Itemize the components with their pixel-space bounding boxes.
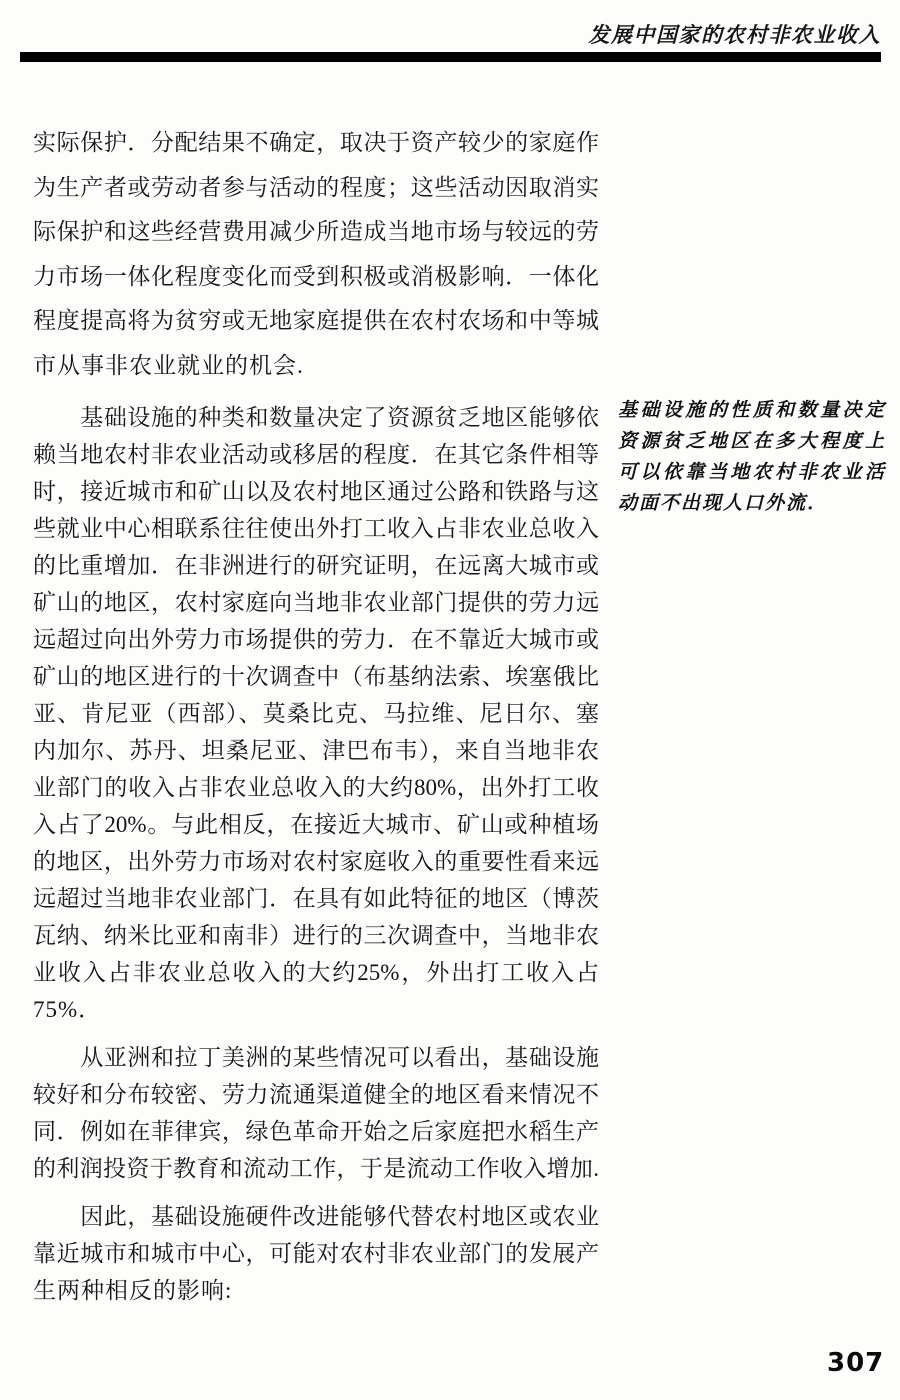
paragraph: 因此，基础设施硬件改进能够代替农村地区或农业靠近城市和城市中心，可能对农村非农业… — [33, 1198, 599, 1309]
text-line: 市从事非农业就业的机会. — [33, 344, 599, 389]
paragraph: 基础设施的种类和数量决定了资源贫乏地区能够依赖当地农村非农业活动或移居的程度．在… — [33, 399, 599, 1028]
paragraph: 从亚洲和拉丁美洲的某些情况可以看出，基础设施较好和分布较密、劳力流通渠道健全的地… — [33, 1039, 599, 1187]
text-line: 际保护和这些经营费用减少所造成当地市场与较远的劳 — [33, 210, 599, 255]
text-line: 75%． — [33, 991, 599, 1028]
text-line: 同．例如在菲律宾，绿色革命开始之后家庭把水稻生产 — [33, 1113, 599, 1150]
text-line: 时，接近城市和矿山以及农村地区通过公路和铁路与这 — [33, 473, 599, 510]
text-line: 远超过当地非农业部门．在具有如此特征的地区（博茨 — [33, 880, 599, 917]
page-number: 307 — [827, 1348, 884, 1378]
header-rule — [20, 52, 881, 62]
text-line: 资源贫乏地区在多大程度上 — [618, 426, 884, 457]
text-line: 矿山的地区，农村家庭向当地非农业部门提供的劳力远 — [33, 584, 599, 621]
body-column: 实际保护．分配结果不确定，取决于资产较少的家庭作为生产者或劳动者参与活动的程度；… — [33, 121, 599, 1309]
paragraph: 实际保护．分配结果不确定，取决于资产较少的家庭作为生产者或劳动者参与活动的程度；… — [33, 121, 599, 388]
text-line: 的地区，出外劳力市场对农村家庭收入的重要性看来远 — [33, 843, 599, 880]
text-line: 为生产者或劳动者参与活动的程度；这些活动因取消实 — [33, 166, 599, 211]
text-line: 基础设施的种类和数量决定了资源贫乏地区能够依 — [33, 399, 599, 436]
text-line: 入占了20%。与此相反，在接近大城市、矿山或种植场 — [33, 806, 599, 843]
text-line: 从亚洲和拉丁美洲的某些情况可以看出，基础设施 — [33, 1039, 599, 1076]
text-line: 较好和分布较密、劳力流通渠道健全的地区看来情况不 — [33, 1076, 599, 1113]
text-line: 可以依靠当地农村非农业活 — [618, 457, 884, 488]
text-line: 生两种相反的影响: — [33, 1272, 599, 1309]
text-line: 业收入占非农业总收入的大约25%，外出打工收入占 — [33, 954, 599, 991]
text-line: 亚、肯尼亚（西部）、莫桑比克、马拉维、尼日尔、塞 — [33, 695, 599, 732]
running-header-title: 发展中国家的农村非农业收入 — [589, 19, 882, 49]
text-line: 瓦纳、纳米比亚和南非）进行的三次调查中，当地非农 — [33, 917, 599, 954]
scanned-document-page: 发展中国家的农村非农业收入 实际保护．分配结果不确定，取决于资产较少的家庭作为生… — [0, 0, 900, 1400]
text-line: 远超过向出外劳力市场提供的劳力．在不靠近大城市或 — [33, 621, 599, 658]
text-line: 些就业中心相联系往往使出外打工收入占非农业总收入 — [33, 510, 599, 547]
text-line: 靠近城市和城市中心，可能对农村非农业部门的发展产 — [33, 1235, 599, 1272]
text-line: 程度提高将为贫穷或无地家庭提供在农村农场和中等城 — [33, 299, 599, 344]
text-line: 业部门的收入占非农业总收入的大约80%，出外打工收 — [33, 769, 599, 806]
text-line: 的利润投资于教育和流动工作，于是流动工作收入增加. — [33, 1150, 599, 1187]
text-line: 因此，基础设施硬件改进能够代替农村地区或农业 — [33, 1198, 599, 1235]
text-line: 赖当地农村非农业活动或移居的程度．在其它条件相等 — [33, 436, 599, 473]
text-line: 基础设施的性质和数量决定 — [618, 395, 884, 426]
text-line: 力市场一体化程度变化而受到积极或消极影响．一体化 — [33, 255, 599, 300]
text-line: 内加尔、苏丹、坦桑尼亚、津巴布韦），来自当地非农 — [33, 732, 599, 769]
margin-note: 基础设施的性质和数量决定资源贫乏地区在多大程度上可以依靠当地农村非农业活动面不出… — [618, 395, 884, 519]
text-line: 矿山的地区进行的十次调查中（布基纳法索、埃塞俄比 — [33, 658, 599, 695]
text-line: 实际保护．分配结果不确定，取决于资产较少的家庭作 — [33, 121, 599, 166]
text-line: 的比重增加．在非洲进行的研究证明，在远离大城市或 — [33, 547, 599, 584]
text-line: 动面不出现人口外流． — [618, 488, 884, 519]
